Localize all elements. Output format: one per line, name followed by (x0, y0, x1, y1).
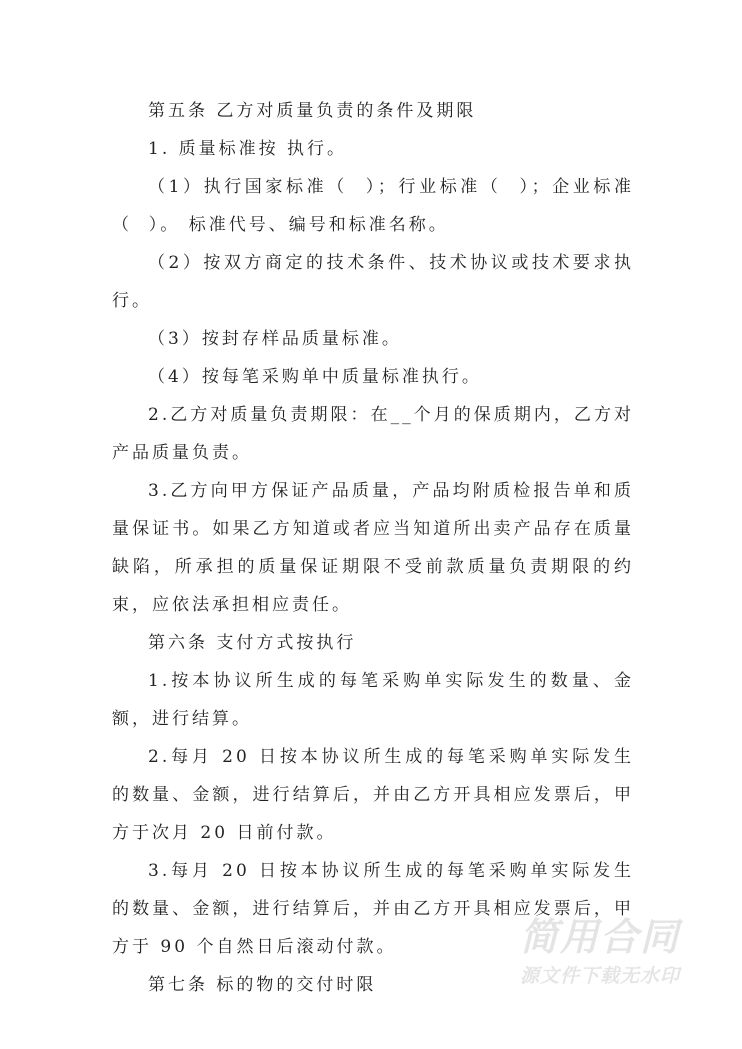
watermark-title: 简用合同 (510, 912, 690, 962)
article-5-clause-3: 3.乙方向甲方保证产品质量，产品均附质检报告单和质量保证书。如果乙方知道或者应当… (112, 472, 634, 624)
article-5-clause-1-item-3: （3）按封存样品质量标准。 (112, 320, 634, 358)
article-6-clause-2: 2.每月 20 日按本协议所生成的每笔采购单实际发生的数量、金额，进行结算后，并… (112, 738, 634, 852)
article-5-clause-1-item-2: （2）按双方商定的技术条件、技术协议或技术要求执行。 (112, 244, 634, 320)
article-6-heading: 第六条 支付方式按执行 (112, 624, 634, 662)
watermark: 简用合同 源文件下载无水印 (510, 912, 690, 990)
watermark-subtitle: 源文件下载无水印 (510, 962, 690, 990)
article-6-clause-1: 1.按本协议所生成的每笔采购单实际发生的数量、金额，进行结算。 (112, 662, 634, 738)
document-page: 第五条 乙方对质量负责的条件及期限 1. 质量标准按 执行。 （1）执行国家标准… (112, 92, 634, 1004)
article-5-clause-1: 1. 质量标准按 执行。 (112, 130, 634, 168)
article-5-heading: 第五条 乙方对质量负责的条件及期限 (112, 92, 634, 130)
article-5-clause-1-item-1: （1）执行国家标准（ ）；行业标准（ ）；企业标准（ ）。 标准代号、编号和标准… (112, 168, 634, 244)
article-5-clause-1-item-4: （4）按每笔采购单中质量标准执行。 (112, 358, 634, 396)
article-5-clause-2: 2.乙方对质量负责期限：在__个月的保质期内，乙方对产品质量负责。 (112, 396, 634, 472)
